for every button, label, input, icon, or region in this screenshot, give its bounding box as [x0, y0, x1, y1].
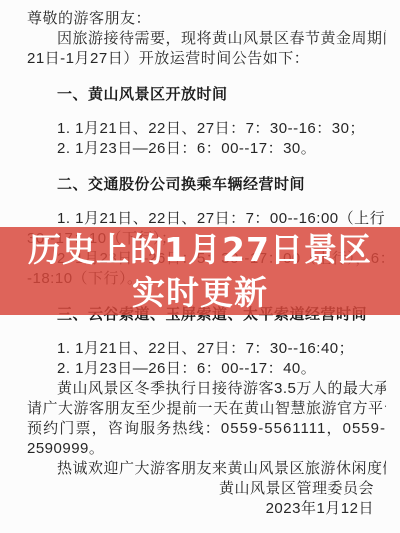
schedule-line: 1. 1月21日、22日、27日：7：30--16:40；	[27, 339, 386, 359]
intro-line: 因旅游接待需要，现将黄山风景区春节黄金周期间（1月	[27, 29, 386, 49]
salutation: 尊敬的游客朋友：	[27, 9, 386, 29]
closing-line: 热诚欢迎广大游客朋友来黄山风景区旅游休闲度假！	[27, 459, 386, 479]
schedule-line: 2. 1月23日—26日：6：00--17：40。	[27, 359, 386, 379]
capacity-line: 请广大游客朋友至少提前一天在黄山智慧旅游官方平台提前	[27, 399, 386, 419]
signature: 黄山风景区管理委员会	[27, 479, 386, 499]
schedule-line: 2. 1月23日—26日：6：00--17：30。	[27, 139, 386, 159]
overlay-banner: 历史上的1月27日景区 实时更新	[0, 227, 400, 315]
overlay-title-line2: 实时更新	[132, 271, 268, 314]
schedule-line: 1. 1月21日、22日、27日：7：30--16：30；	[27, 119, 386, 139]
capacity-line: 2590999。	[27, 439, 386, 459]
notice-page: 尊敬的游客朋友： 因旅游接待需要，现将黄山风景区春节黄金周期间（1月 21日-1…	[0, 0, 400, 533]
capacity-line: 黄山风景区冬季执行日接待游客3.5万人的最大承载量，	[27, 379, 386, 399]
section-heading-1: 一、黄山风景区开放时间	[27, 85, 386, 105]
capacity-line-hotline: 预约门票，咨询服务热线：0559-5561111，0559-	[27, 419, 386, 439]
section-heading-2: 二、交通股份公司换乘车辆经营时间	[27, 175, 386, 195]
notice-date: 2023年1月12日	[27, 499, 386, 519]
intro-line: 21日-1月27日）开放运营时间公告如下：	[27, 49, 386, 69]
overlay-title-line1: 历史上的1月27日景区	[28, 228, 372, 271]
schedule-line: 1. 1月21日、22日、27日：7：00--16:00（上行），7：	[27, 209, 386, 229]
